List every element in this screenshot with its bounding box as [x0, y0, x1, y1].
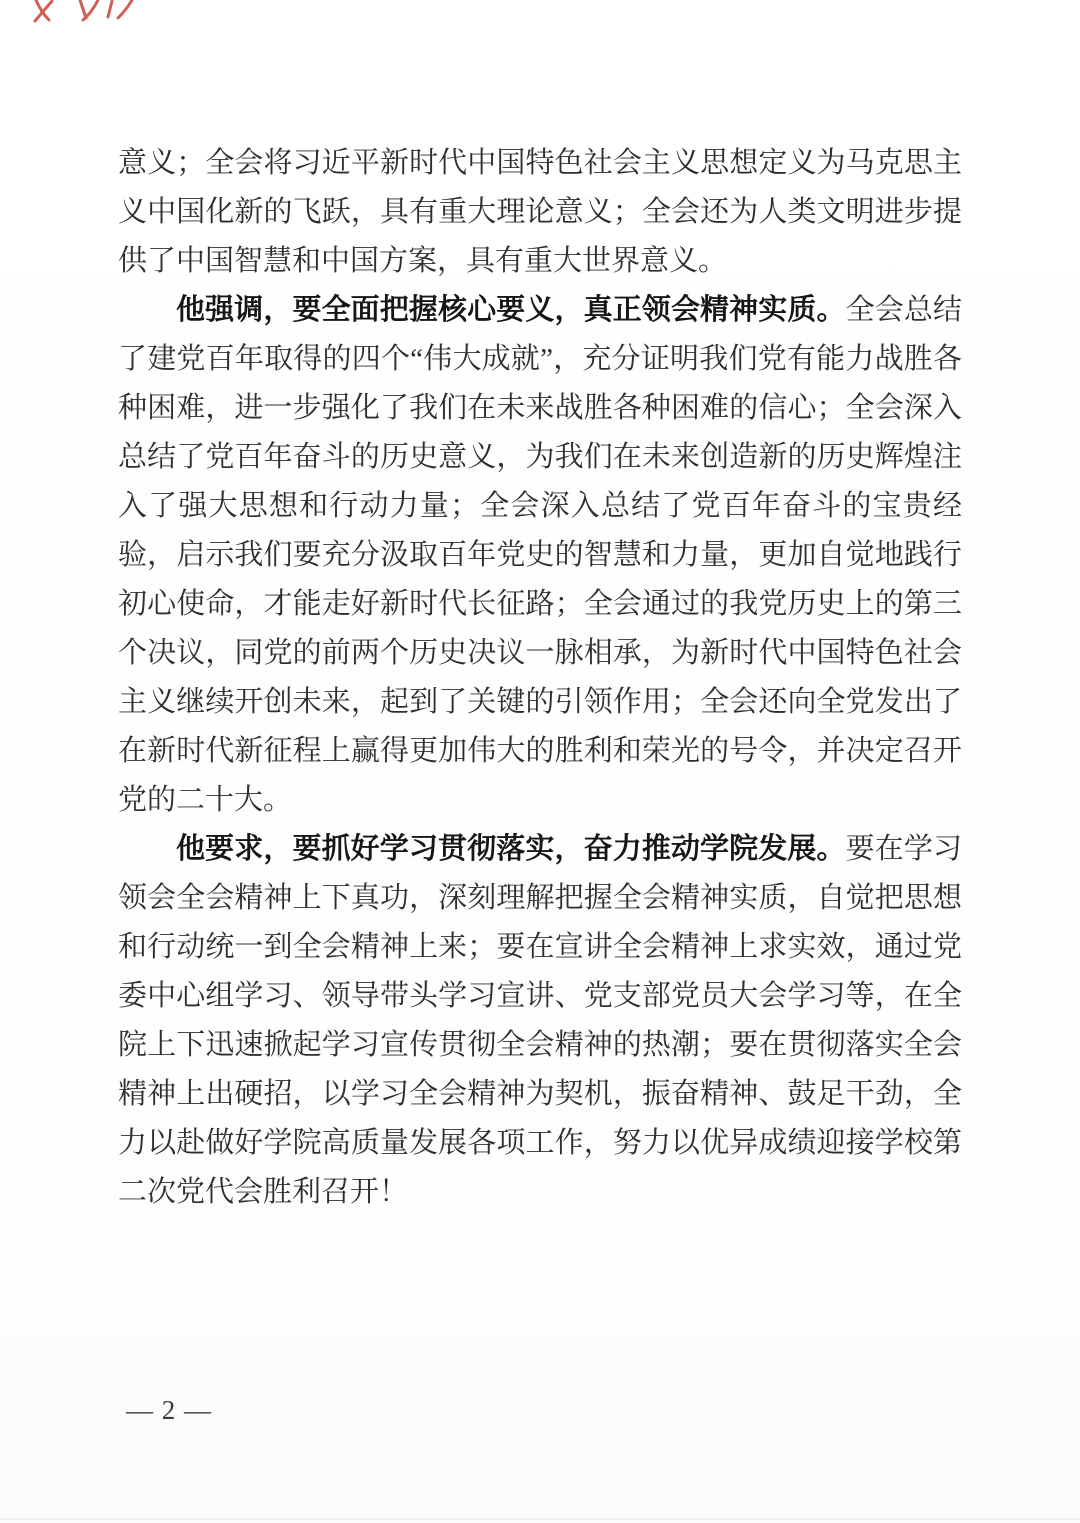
document-page: 意义；全会将习近平新时代中国特色社会主义思想定义为马克思主义中国化新的飞跃，具有…: [0, 0, 1080, 1523]
paragraph-continued: 意义；全会将习近平新时代中国特色社会主义思想定义为马克思主义中国化新的飞跃，具有…: [118, 139, 962, 286]
scan-bottom-edge: [0, 1518, 1080, 1520]
page-number: — 2 —: [126, 1395, 212, 1425]
paragraph-text: 要在学习领会全会精神上下真功，深刻理解把握全会精神实质，自觉把思想和行动统一到全…: [118, 833, 962, 1208]
paragraph-lead: 他要求，要抓好学习贯彻落实，奋力推动学院发展。: [176, 833, 846, 865]
document-body: 意义；全会将习近平新时代中国特色社会主义思想定义为马克思主义中国化新的飞跃，具有…: [118, 139, 962, 1217]
red-ink-marks: [28, 0, 148, 24]
paragraph-emphasis-2: 他要求，要抓好学习贯彻落实，奋力推动学院发展。要在学习领会全会精神上下真功，深刻…: [118, 825, 962, 1217]
paragraph-emphasis-1: 他强调，要全面把握核心要义，真正领会精神实质。全会总结了建党百年取得的四个“伟大…: [118, 286, 962, 825]
paragraph-lead: 他强调，要全面把握核心要义，真正领会精神实质。: [176, 294, 846, 326]
paragraph-text: 意义；全会将习近平新时代中国特色社会主义思想定义为马克思主义中国化新的飞跃，具有…: [118, 147, 962, 277]
paragraph-text: 全会总结了建党百年取得的四个“伟大成就”，充分证明我们党有能力战胜各种困难，进一…: [118, 294, 962, 816]
